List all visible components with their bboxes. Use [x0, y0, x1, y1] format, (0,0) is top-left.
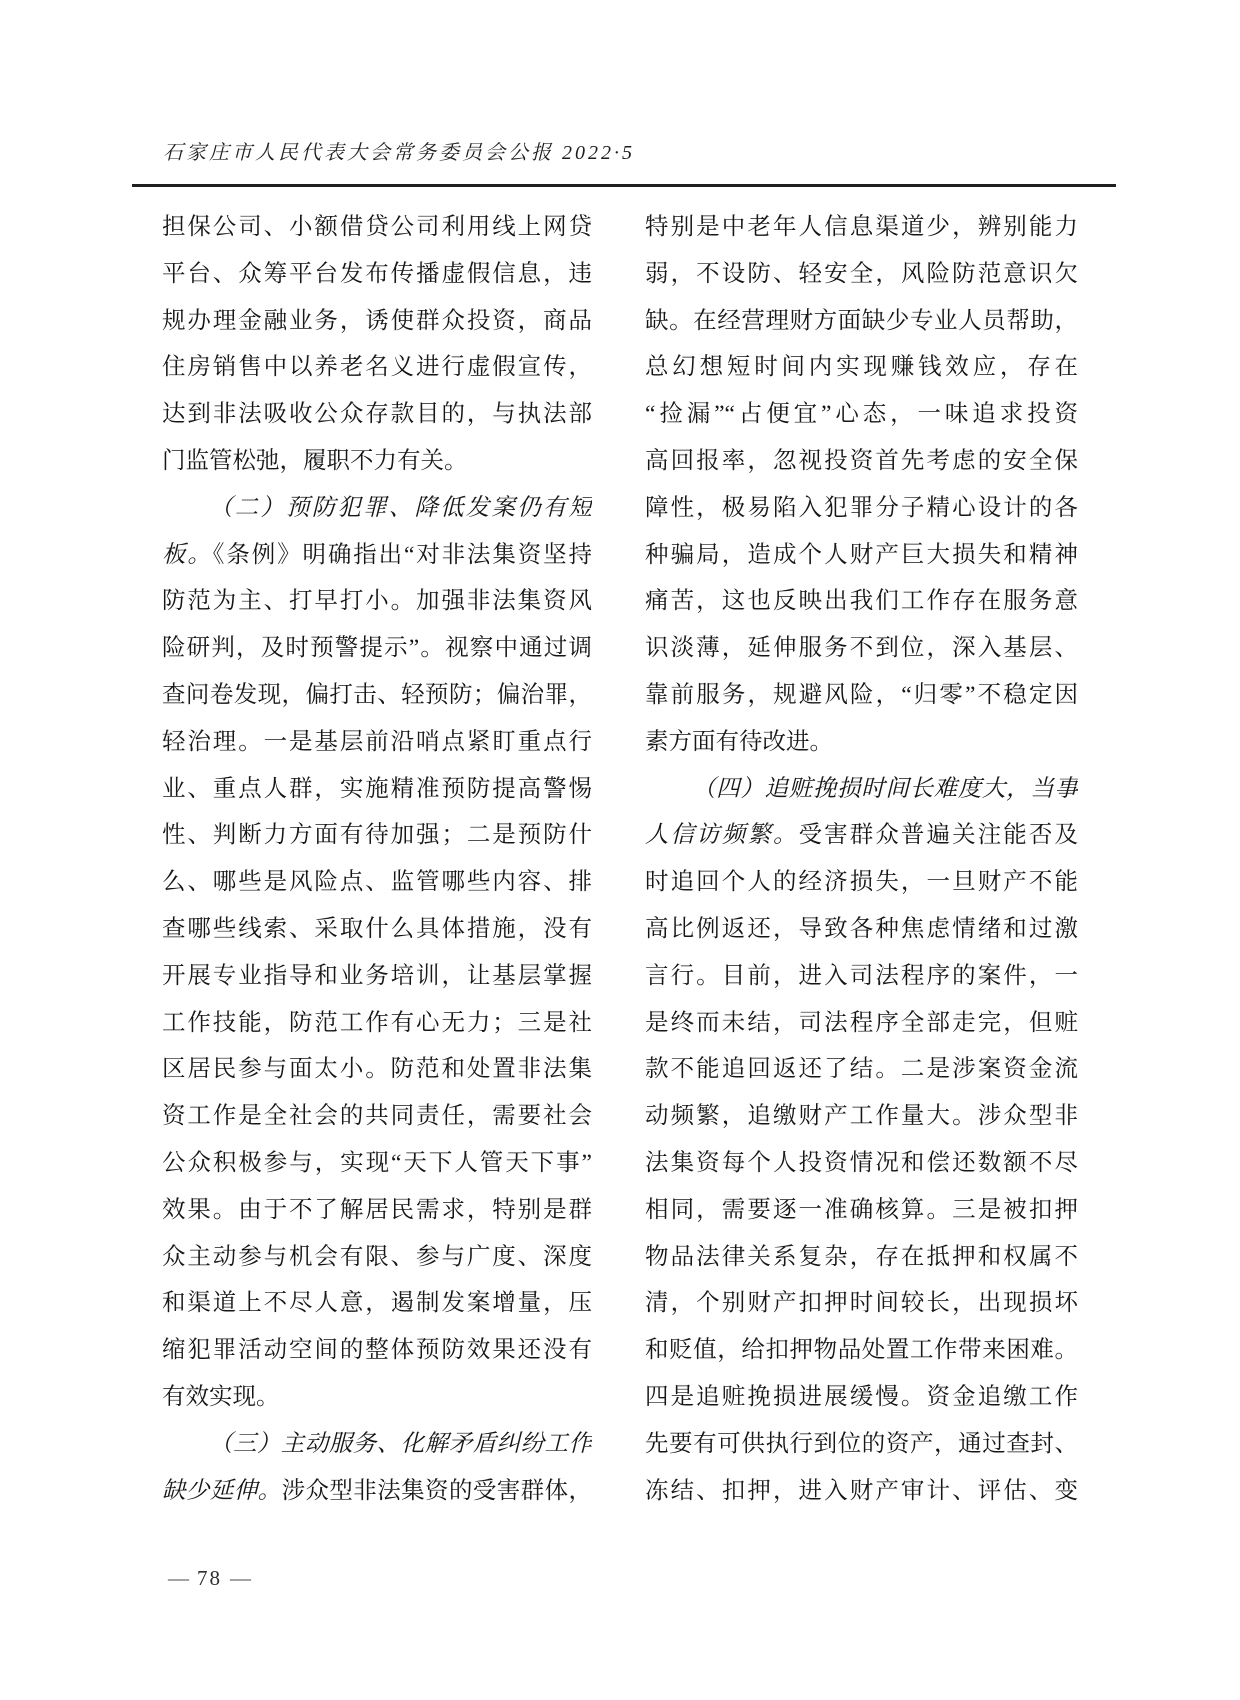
text-line: 平台、众筹平台发布传播虚假信息，违: [162, 251, 592, 298]
text-line: （三）主动服务、化解矛盾纠纷工作: [162, 1421, 592, 1468]
text-segment: “捡漏”“占便宜”心态，一味追求投资: [645, 401, 1078, 427]
text-segment: 和渠道上不尽人意，遏制发案增量，压: [162, 1290, 592, 1316]
text-line: 规办理金融业务，诱使群众投资，商品: [162, 298, 592, 345]
text-line: 轻治理。一是基层前沿哨点紧盯重点行: [162, 719, 592, 766]
text-line: 效果。由于不了解居民需求，特别是群: [162, 1187, 592, 1234]
text-segment: 涉众型非法集资的受害群体，: [282, 1478, 592, 1504]
page-footer: —78—: [160, 1566, 259, 1591]
text-segment: 清，个别财产扣押时间较长，出现损坏: [645, 1290, 1078, 1316]
text-line: 公众积极参与，实现“天下人管天下事”: [162, 1140, 592, 1187]
text-segment: 查哪些线索、采取什么具体措施，没有: [162, 916, 592, 942]
text-segment: 缩犯罪活动空间的整体预防效果还没有: [162, 1337, 592, 1363]
text-line: 高回报率，忽视投资首先考虑的安全保: [645, 438, 1078, 485]
text-segment: 工作技能，防范工作有心无力；三是社: [162, 1010, 592, 1036]
text-column-left: 担保公司、小额借贷公司利用线上网贷平台、众筹平台发布传播虚假信息，违规办理金融业…: [162, 204, 592, 1514]
text-line: 开展专业指导和业务培训，让基层掌握: [162, 953, 592, 1000]
text-segment: 先要有可供执行到位的资产，通过查封、: [645, 1431, 1078, 1457]
text-segment: 众主动参与机会有限、参与广度、深度: [162, 1244, 592, 1270]
text-segment: （三）主动服务、化解矛盾纠纷工作: [209, 1431, 592, 1457]
header-divider: [132, 184, 1116, 187]
text-segment: 效果。由于不了解居民需求，特别是群: [162, 1197, 592, 1223]
footer-dash-left: —: [168, 1566, 189, 1590]
text-line: 业、重点人群，实施精准预防提高警惕: [162, 766, 592, 813]
footer-dash-right: —: [230, 1566, 251, 1590]
text-line: 识淡薄，延伸服务不到位，深入基层、: [645, 625, 1078, 672]
text-segment: 担保公司、小额借贷公司利用线上网贷: [162, 214, 592, 240]
text-segment: 冻结、扣押，进入财产审计、评估、变: [645, 1478, 1078, 1504]
text-line: 缺。在经营理财方面缺少专业人员帮助，: [645, 298, 1078, 345]
text-segment: 法集资每个人投资情况和偿还数额不尽: [645, 1150, 1078, 1176]
text-line: 人信访频繁。受害群众普遍关注能否及: [645, 812, 1078, 859]
text-segment: 缺。在经营理财方面缺少专业人员帮助，: [645, 308, 1078, 334]
text-segment: 人信访频繁。: [645, 822, 799, 848]
text-line: 清，个别财产扣押时间较长，出现损坏: [645, 1280, 1078, 1327]
text-line: 四是追赃挽损进展缓慢。资金追缴工作: [645, 1374, 1078, 1421]
text-line: 弱，不设防、轻安全，风险防范意识欠: [645, 251, 1078, 298]
text-segment: 么、哪些是风险点、监管哪些内容、排: [162, 869, 592, 895]
text-line: 动频繁，追缴财产工作量大。涉众型非: [645, 1093, 1078, 1140]
text-segment: 高回报率，忽视投资首先考虑的安全保: [645, 448, 1078, 474]
text-line: 是终而未结，司法程序全部走完，但赃: [645, 1000, 1078, 1047]
text-line: 痛苦，这也反映出我们工作存在服务意: [645, 578, 1078, 625]
text-segment: 高比例返还，导致各种焦虑情绪和过激: [645, 916, 1078, 942]
text-line: （二）预防犯罪、降低发案仍有短: [162, 485, 592, 532]
text-segment: 缺少延伸。: [162, 1478, 282, 1504]
text-line: 担保公司、小额借贷公司利用线上网贷: [162, 204, 592, 251]
text-segment: 规办理金融业务，诱使群众投资，商品: [162, 308, 592, 334]
text-line: 总幻想短时间内实现赚钱效应，存在: [645, 344, 1078, 391]
text-line: 言行。目前，进入司法程序的案件，一: [645, 953, 1078, 1000]
text-line: 相同，需要逐一准确核算。三是被扣押: [645, 1187, 1078, 1234]
text-line: 和渠道上不尽人意，遏制发案增量，压: [162, 1280, 592, 1327]
text-line: 有效实现。: [162, 1374, 592, 1421]
text-segment: 言行。目前，进入司法程序的案件，一: [645, 963, 1078, 989]
text-segment: 开展专业指导和业务培训，让基层掌握: [162, 963, 592, 989]
text-line: （四）追赃挽损时间长难度大，当事: [645, 766, 1078, 813]
text-segment: （四）追赃挽损时间长难度大，当事: [692, 776, 1078, 802]
text-line: 缺少延伸。涉众型非法集资的受害群体，: [162, 1468, 592, 1515]
text-segment: 《条例》明确指出“对非法集资坚持: [213, 542, 592, 568]
text-segment: 款不能追回返还了结。二是涉案资金流: [645, 1056, 1078, 1082]
text-segment: 有效实现。: [162, 1384, 280, 1410]
text-segment: 查问卷发现，偏打击、轻预防；偏治罪，: [162, 682, 592, 708]
text-line: 时追回个人的经济损失，一旦财产不能: [645, 859, 1078, 906]
text-segment: 障性，极易陷入犯罪分子精心设计的各: [645, 495, 1078, 521]
text-line: 靠前服务，规避风险，“归零”不稳定因: [645, 672, 1078, 719]
text-segment: 板。: [162, 542, 213, 568]
text-segment: 住房销售中以养老名义进行虚假宣传，: [162, 354, 592, 380]
text-line: 缩犯罪活动空间的整体预防效果还没有: [162, 1327, 592, 1374]
text-segment: 物品法律关系复杂，存在抵押和权属不: [645, 1244, 1078, 1270]
text-line: 工作技能，防范工作有心无力；三是社: [162, 1000, 592, 1047]
text-segment: 轻治理。一是基层前沿哨点紧盯重点行: [162, 729, 592, 755]
text-line: 众主动参与机会有限、参与广度、深度: [162, 1234, 592, 1281]
text-line: 素方面有待改进。: [645, 719, 1078, 766]
text-line: 板。《条例》明确指出“对非法集资坚持: [162, 532, 592, 579]
text-line: 险研判，及时预警提示”。视察中通过调: [162, 625, 592, 672]
text-segment: 资工作是全社会的共同责任，需要社会: [162, 1103, 592, 1129]
text-line: 达到非法吸收公众存款目的，与执法部: [162, 391, 592, 438]
text-line: 门监管松弛，履职不力有关。: [162, 438, 592, 485]
text-line: 障性，极易陷入犯罪分子精心设计的各: [645, 485, 1078, 532]
text-segment: 靠前服务，规避风险，“归零”不稳定因: [645, 682, 1078, 708]
text-line: 防范为主、打早打小。加强非法集资风: [162, 578, 592, 625]
text-line: 款不能追回返还了结。二是涉案资金流: [645, 1046, 1078, 1093]
text-segment: 痛苦，这也反映出我们工作存在服务意: [645, 588, 1078, 614]
text-line: 资工作是全社会的共同责任，需要社会: [162, 1093, 592, 1140]
text-segment: 四是追赃挽损进展缓慢。资金追缴工作: [645, 1384, 1078, 1410]
text-segment: 动频繁，追缴财产工作量大。涉众型非: [645, 1103, 1078, 1129]
text-line: 住房销售中以养老名义进行虚假宣传，: [162, 344, 592, 391]
text-line: 特别是中老年人信息渠道少，辨别能力: [645, 204, 1078, 251]
text-segment: 平台、众筹平台发布传播虚假信息，违: [162, 261, 592, 287]
text-segment: 时追回个人的经济损失，一旦财产不能: [645, 869, 1078, 895]
text-segment: 门监管松弛，履职不力有关。: [162, 448, 468, 474]
text-line: 法集资每个人投资情况和偿还数额不尽: [645, 1140, 1078, 1187]
text-line: 么、哪些是风险点、监管哪些内容、排: [162, 859, 592, 906]
text-segment: （二）预防犯罪、降低发案仍有短: [209, 495, 592, 521]
text-line: 区居民参与面太小。防范和处置非法集: [162, 1046, 592, 1093]
document-page: 石家庄市人民代表大会常务委员会公报 2022·5 担保公司、小额借贷公司利用线上…: [0, 0, 1240, 1700]
text-segment: 性、判断力方面有待加强；二是预防什: [162, 822, 592, 848]
text-line: 先要有可供执行到位的资产，通过查封、: [645, 1421, 1078, 1468]
text-segment: 相同，需要逐一准确核算。三是被扣押: [645, 1197, 1078, 1223]
text-segment: 识淡薄，延伸服务不到位，深入基层、: [645, 635, 1078, 661]
text-line: 和贬值，给扣押物品处置工作带来困难。: [645, 1327, 1078, 1374]
text-segment: 是终而未结，司法程序全部走完，但赃: [645, 1010, 1078, 1036]
page-number: 78: [197, 1566, 222, 1590]
text-segment: 防范为主、打早打小。加强非法集资风: [162, 588, 592, 614]
text-line: “捡漏”“占便宜”心态，一味追求投资: [645, 391, 1078, 438]
text-segment: 弱，不设防、轻安全，风险防范意识欠: [645, 261, 1078, 287]
text-segment: 特别是中老年人信息渠道少，辨别能力: [645, 214, 1078, 240]
text-segment: 公众积极参与，实现“天下人管天下事”: [162, 1150, 592, 1176]
text-column-right: 特别是中老年人信息渠道少，辨别能力弱，不设防、轻安全，风险防范意识欠缺。在经营理…: [645, 204, 1078, 1514]
text-line: 物品法律关系复杂，存在抵押和权属不: [645, 1234, 1078, 1281]
text-line: 种骗局，造成个人财产巨大损失和精神: [645, 532, 1078, 579]
text-segment: 素方面有待改进。: [645, 729, 833, 755]
text-line: 高比例返还，导致各种焦虑情绪和过激: [645, 906, 1078, 953]
text-line: 查哪些线索、采取什么具体措施，没有: [162, 906, 592, 953]
text-segment: 和贬值，给扣押物品处置工作带来困难。: [645, 1337, 1078, 1363]
text-line: 查问卷发现，偏打击、轻预防；偏治罪，: [162, 672, 592, 719]
text-segment: 达到非法吸收公众存款目的，与执法部: [162, 401, 592, 427]
text-segment: 业、重点人群，实施精准预防提高警惕: [162, 776, 592, 802]
text-segment: 受害群众普遍关注能否及: [799, 822, 1078, 848]
text-segment: 险研判，及时预警提示”。视察中通过调: [162, 635, 592, 661]
text-segment: 种骗局，造成个人财产巨大损失和精神: [645, 542, 1078, 568]
text-line: 性、判断力方面有待加强；二是预防什: [162, 812, 592, 859]
text-segment: 区居民参与面太小。防范和处置非法集: [162, 1056, 592, 1082]
text-segment: 总幻想短时间内实现赚钱效应，存在: [645, 354, 1078, 380]
page-header-title: 石家庄市人民代表大会常务委员会公报 2022·5: [163, 136, 635, 165]
text-line: 冻结、扣押，进入财产审计、评估、变: [645, 1468, 1078, 1515]
